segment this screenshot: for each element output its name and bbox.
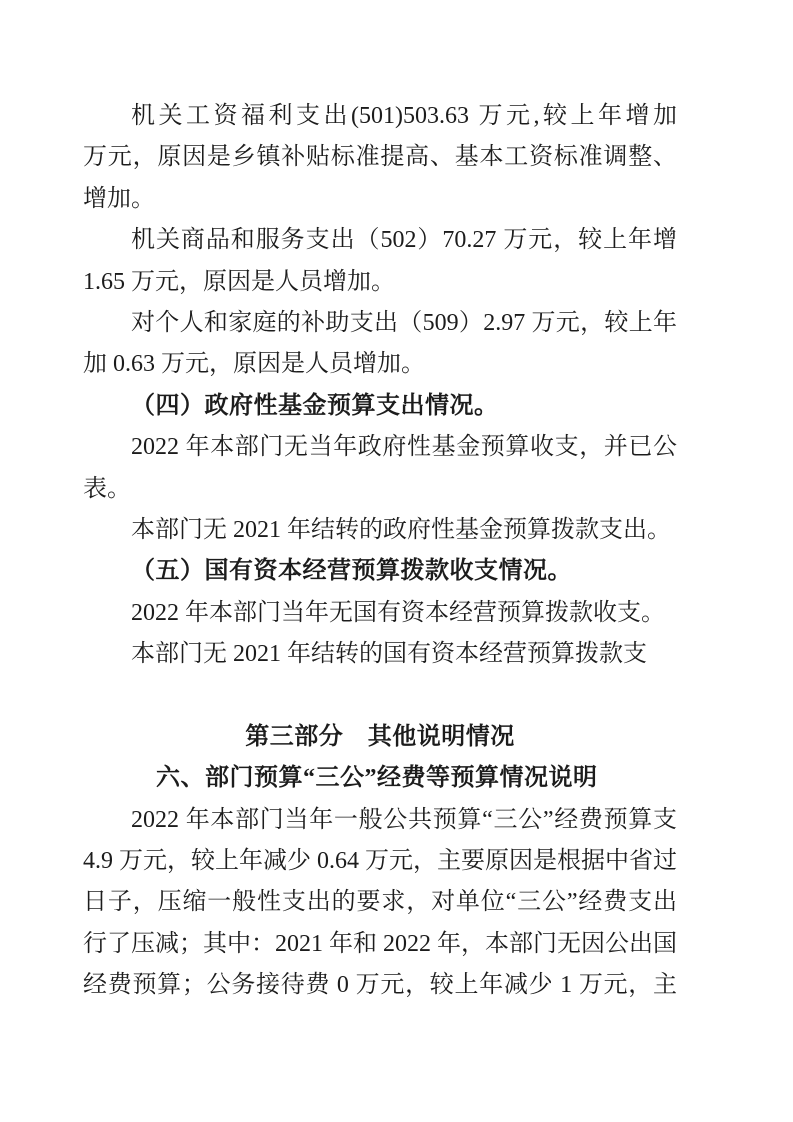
heading-item-6: 六、部门预算“三公”经费等预算情况说明 <box>83 758 677 799</box>
doc-line: 4.9 万元，较上年减少 0.64 万元，主要原因是根据中省过紧 <box>83 841 677 882</box>
doc-line: 日子，压缩一般性支出的要求，对单位“三公”经费支出进 <box>83 882 677 923</box>
doc-line-goods-services: 机关商品和服务支出（502）70.27 万元，较上年增加 <box>83 220 677 261</box>
doc-line-household-subsidy: 对个人和家庭的补助支出（509）2.97 万元，较上年增 <box>83 303 677 344</box>
heading-section-5: （五）国有资本经营预算拨款收支情况。 <box>83 551 677 592</box>
doc-line-carryover-fund: 本部门无 2021 年结转的政府性基金预算拨款支出。 <box>83 510 677 551</box>
blank-line <box>83 675 677 716</box>
doc-line-sangong-budget: 2022 年本部门当年一般公共预算“三公”经费预算支出 <box>83 800 677 841</box>
doc-line-carryover-capital: 本部门无 2021 年结转的国有资本经营预算拨款支出。 <box>83 634 677 675</box>
heading-section-4: （四）政府性基金预算支出情况。 <box>83 386 677 427</box>
doc-line: 1.65 万元，原因是人员增加。 <box>83 262 677 303</box>
heading-part-3: 第三部分 其他说明情况 <box>83 717 677 758</box>
doc-line: 表。 <box>83 469 677 510</box>
doc-line-gov-fund: 2022 年本部门无当年政府性基金预算收支，并已公开空 <box>83 427 677 468</box>
doc-line-salary-expenditure: 机关工资福利支出(501)503.63 万元,较上年增加 55.26 <box>83 96 677 137</box>
doc-line: 万元，原因是乡镇补贴标准提高、基本工资标准调整、人员 <box>83 137 677 178</box>
doc-line: 经费预算；公务接待费 0 万元，较上年减少 1 万元，主要原 <box>83 965 677 1006</box>
doc-line: 加 0.63 万元，原因是人员增加。 <box>83 344 677 385</box>
doc-line: 行了压减；其中：2021 年和 2022 年，本部门无因公出国（境） <box>83 924 677 965</box>
doc-line-state-capital: 2022 年本部门当年无国有资本经营预算拨款收支。 <box>83 593 677 634</box>
document-page: 机关工资福利支出(501)503.63 万元,较上年增加 55.26 万元，原因… <box>0 0 793 1122</box>
doc-line: 增加。 <box>83 179 677 220</box>
